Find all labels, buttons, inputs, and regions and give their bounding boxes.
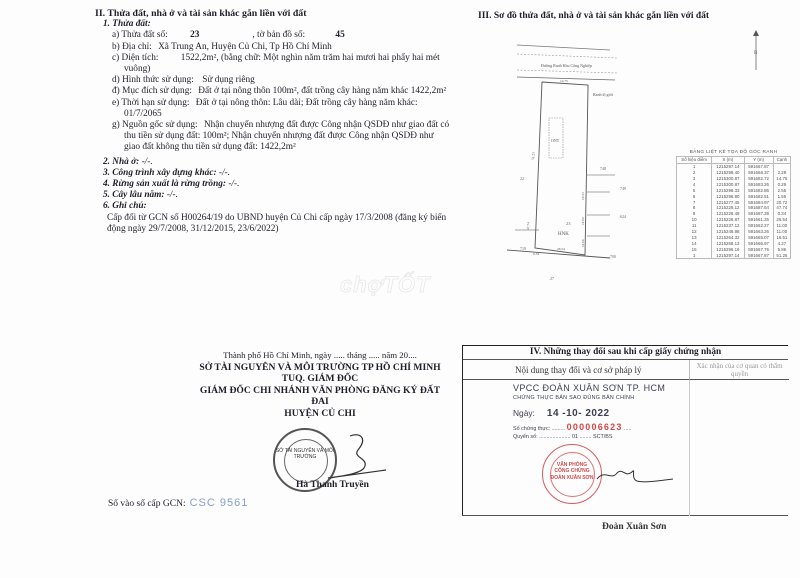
origin-value-cont2: giao đất không thu tiền sử dụng đất: 142…: [124, 142, 455, 153]
perennial-label: 5. Cây lâu năm:: [103, 190, 164, 200]
certification-date: 14 -10- 2022: [547, 408, 610, 419]
coordinate-cell: 591682.86: [744, 187, 773, 193]
issuer-signature-block: Thành phố Hồ Chí Minh, ngày ..... tháng …: [195, 350, 445, 420]
coordinate-cell: 591663.26: [744, 229, 773, 235]
term-value: Đất ở tại nông thôn: Lâu dài; Đất trồng …: [196, 98, 418, 108]
notary-signature-icon: [595, 455, 675, 495]
coordinate-cell: 1215277.45: [712, 199, 744, 205]
north-arrow-icon: B: [751, 30, 761, 70]
house-row: 2. Nhà ở: -/-.: [103, 157, 455, 168]
col-x: X (m): [712, 157, 744, 164]
edge-length: 26.54: [557, 247, 565, 251]
term-value-cont: 01/7/2065: [124, 109, 455, 120]
other-works-value: -/-.: [219, 168, 230, 178]
coordinate-cell: 1215296.16: [712, 246, 744, 252]
coordinate-cell: 1215297.14: [712, 163, 744, 169]
land-certificate-page: II. Thửa đất, nhà ở và tài sản khác gắn …: [0, 0, 800, 578]
coordinate-cell: 51.25: [773, 252, 790, 258]
coordinate-cell: 1215264.32: [712, 235, 744, 241]
use-form-row: d) Hình thức sử dụng: Sử dụng riêng: [112, 75, 455, 86]
ditch-label: Ranh lộ giới: [593, 92, 614, 97]
purpose-row: đ) Mục đích sử dụng: Đất ở tại nông thôn…: [112, 86, 455, 97]
notes-text: Cấp đổi từ GCN số H00264/19 do UBND huyệ…: [107, 213, 455, 235]
coordinate-cell: 591666.97: [744, 240, 773, 246]
neighbor-label: 700: [610, 254, 616, 259]
edge-length: 14.75: [560, 79, 568, 83]
registry-number: Số vào sổ cấp GCN:CSC 9561: [108, 497, 248, 509]
address-label: b) Địa chỉ:: [112, 42, 152, 52]
book-suffix: SCT/BS: [593, 434, 612, 440]
issuer-position: GIÁM ĐỐC CHI NHÁNH VĂN PHÒNG ĐĂNG KÝ ĐẤT…: [195, 385, 445, 408]
forest-value: -/-.: [228, 179, 239, 189]
parcel-no-label: a) Thửa đất số:: [112, 30, 168, 40]
zone-hnk: HNK: [558, 232, 569, 237]
edge-length: 0.34: [533, 252, 539, 256]
date-label: Ngày:: [513, 408, 535, 418]
col-y: Y (m): [744, 157, 773, 164]
cert-number: 000006623: [567, 422, 623, 432]
section-land-info: II. Thửa đất, nhà ở và tài sản khác gắn …: [95, 8, 455, 235]
coordinate-cell: 1215237.12: [712, 223, 744, 229]
coordinate-cell: 591667.87: [744, 252, 773, 258]
col-edge: Cạnh: [773, 157, 790, 164]
cert-number-row: Số chứng thực: ......... 000006623 .....: [513, 422, 632, 432]
area-row: c) Diện tích: 1522,2m², (bằng chữ: Một n…: [112, 53, 455, 64]
section-changes: IV. Những thay đổi sau khi cấp giấy chứn…: [462, 345, 788, 516]
use-form-label: d) Hình thức sử dụng:: [112, 75, 194, 85]
coordinate-cell: 591682.51: [744, 193, 773, 199]
forest-row: 4. Rừng sản xuất là rừng trồng: -/-.: [103, 179, 455, 190]
coordinate-table: BẢNG LIỆT KÊ TỌA ĐỘ GÓC RANH Số hiệu điể…: [676, 150, 791, 259]
col-point: Số hiệu điểm: [677, 157, 712, 164]
term-row: e) Thời hạn sử dụng: Đất ở tại nông thôn…: [112, 98, 455, 109]
coordinate-cell: 591687.64: [744, 205, 773, 211]
edge-length: 51.25: [531, 152, 536, 160]
section-4-heading: IV. Những thay đổi sau khi cấp giấy chứn…: [463, 345, 788, 360]
coordinate-cell: 591665.07: [744, 235, 773, 241]
issuer-signer-name: Hà Thanh Truyền: [296, 480, 369, 490]
map-sheet: 45: [335, 30, 344, 40]
book-number-row: Quyển số: ..................... 01 .....…: [513, 434, 613, 440]
coordinate-cell: 1215300.87: [712, 176, 744, 182]
other-works-label: 3. Công trình xây dựng khác:: [103, 168, 217, 178]
zone-ont: ONT: [551, 138, 560, 143]
issuer-district: HUYỆN CỦ CHI: [195, 408, 445, 420]
address-row: b) Địa chỉ: Xã Trung An, Huyện Củ Chi, T…: [112, 42, 455, 53]
notes-heading: 6. Ghi chú:: [103, 201, 455, 212]
notary-seal-icon: VĂN PHÒNG CÔNG CHỨNG ĐOÀN XUÂN SƠN: [542, 444, 602, 504]
certification-date-row: Ngày:14 -10- 2022: [513, 408, 610, 419]
parcel-no: 23: [190, 30, 250, 41]
chotot-watermark: chợTỐT: [340, 272, 430, 298]
notary-office: VPCC ĐOÀN XUÂN SƠN TP. HCM: [513, 383, 665, 393]
neighbor-label: 749: [620, 186, 626, 191]
changes-confirm-header: Xác nhận của cơ quan có thẩm quyền: [689, 360, 789, 380]
road-label: Đường Ranh Khu Công Nghiệp: [541, 63, 592, 68]
section-2-heading: II. Thửa đất, nhà ở và tài sản khác gắn …: [95, 8, 455, 19]
coordinate-cell: 1215268.13: [712, 240, 744, 246]
coordinate-cell: 1215228.12: [712, 205, 744, 211]
coordinate-cell: 591683.26: [744, 182, 773, 188]
neighbor-label: 22: [520, 176, 524, 181]
certified-copy-text: CHỨNG THỰC BẢN SAO ĐÚNG BẢN CHÍNH: [513, 395, 634, 401]
coordinate-cell: 1215296.80: [712, 193, 744, 199]
land-subheading: 1. Thửa đất:: [103, 19, 455, 30]
neighbor-label: 27: [550, 276, 554, 281]
perennial-value: -/-.: [167, 190, 178, 200]
coordinate-cell: 591661.25: [744, 217, 773, 223]
parcel-number: 23: [566, 221, 571, 226]
registry-label: Số vào sổ cấp GCN:: [108, 499, 186, 509]
on-behalf: TUQ. GIÁM ĐỐC: [195, 373, 445, 385]
area-label: c) Diện tích:: [112, 53, 158, 63]
origin-value-cont1: thu tiền sử dụng đất: 100m²; Nhận chuyển…: [124, 131, 455, 142]
coordinate-cell: 591668.37: [744, 170, 773, 176]
coordinate-cell: 591682.72: [744, 176, 773, 182]
edge-length: 16.51: [581, 192, 585, 200]
seal-text: SỞ TÀI NGUYÊN VÀ MÔI TRƯỜNG: [275, 448, 335, 460]
section-3-heading: III. Sơ đồ thửa đất, nhà ở và tài sản kh…: [478, 11, 709, 21]
neighbor-label: 748: [600, 166, 606, 171]
parcel-diagram: Đường Ranh Khu Công Nghiệp Ranh lộ giới …: [505, 40, 685, 300]
place-date: Thành phố Hồ Chí Minh, ngày ..... tháng …: [195, 350, 445, 362]
origin-row: g) Nguồn gốc sử dụng: Nhận chuyển nhượng…: [112, 120, 455, 131]
area-value: 1522,2m², (bằng chữ: Một nghìn năm trăm …: [181, 53, 440, 63]
use-form-value: Sử dụng riêng: [202, 75, 255, 85]
edge-length: 11.00: [581, 239, 585, 247]
coordinate-cell: 1215228.49: [712, 211, 744, 217]
purpose-label: đ) Mục đích sử dụng:: [112, 86, 192, 96]
notary-seal-text: VĂN PHÒNG CÔNG CHỨNG ĐOÀN XUÂN SƠN: [543, 462, 601, 481]
house-label: 2. Nhà ở:: [103, 157, 139, 167]
perennial-row: 5. Cây lâu năm: -/-.: [103, 190, 455, 201]
map-sheet-label: , tờ bản đồ số:: [252, 30, 305, 40]
book-label: Quyển số:: [513, 434, 538, 440]
edge-length: 47.74: [526, 222, 531, 230]
coordinate-cell: 591667.87: [744, 163, 773, 169]
origin-label: g) Nguồn gốc sử dụng:: [112, 120, 198, 130]
forest-label: 4. Rừng sản xuất là rừng trồng:: [103, 179, 226, 189]
origin-value: Nhận chuyển nhượng đất được Công nhận QS…: [204, 120, 449, 130]
parcel-row: a) Thửa đất số: 23 , tờ bản đồ số: 45: [112, 30, 455, 41]
term-label: e) Thời hạn sử dụng:: [112, 98, 189, 108]
coordinate-grid: Số hiệu điểm X (m) Y (m) Cạnh 11215297.1…: [676, 156, 791, 259]
coordinate-cell: 1215248.98: [712, 229, 744, 235]
notary-signer-name: Đoàn Xuân Sơn: [602, 522, 666, 532]
coordinate-cell: 591687.39: [744, 211, 773, 217]
coordinate-cell: 1215300.87: [712, 182, 744, 188]
address-value: Xã Trung An, Huyện Củ Chi, Tp Hồ Chí Min…: [158, 42, 332, 52]
neighbor-label: 719: [520, 246, 526, 251]
registry-value: CSC 9561: [190, 497, 249, 509]
area-value-cont: vuông): [124, 64, 455, 75]
edge-length: 11.00: [581, 217, 585, 225]
coordinate-cell: 1215297.14: [712, 252, 744, 258]
coordinate-cell: 1215299.40: [712, 170, 744, 176]
purpose-value: Đất ở tại nông thôn 100m², đất trồng cây…: [198, 86, 446, 96]
neighbor-label: 624: [620, 214, 626, 219]
coordinate-row: 11215297.14591667.8751.25: [677, 252, 791, 258]
coordinate-cell: 1215226.87: [712, 217, 744, 223]
seal-line: ĐOÀN XUÂN SƠN: [543, 475, 601, 481]
coordinate-table-title: BẢNG LIỆT KÊ TỌA ĐỘ GÓC RANH: [676, 150, 791, 155]
coordinate-cell: 591684.97: [744, 199, 773, 205]
coordinate-cell: 1215298.33: [712, 187, 744, 193]
changes-content-header: Nội dung thay đổi và cơ sở pháp lý: [463, 360, 689, 380]
coordinate-cell: 591662.27: [744, 223, 773, 229]
north-label: B: [754, 51, 758, 56]
book-number: 01: [572, 434, 578, 440]
coordinate-cell: 591667.76: [744, 246, 773, 252]
issuing-org: SỞ TÀI NGUYÊN VÀ MÔI TRƯỜNG TP HỒ CHÍ MI…: [195, 362, 445, 374]
coordinate-cell: 1: [677, 252, 712, 258]
house-value: -/-.: [142, 157, 153, 167]
column-divider: [689, 380, 690, 516]
other-works-row: 3. Công trình xây dựng khác: -/-.: [103, 168, 455, 179]
cert-number-label: Số chứng thực:: [513, 426, 550, 432]
